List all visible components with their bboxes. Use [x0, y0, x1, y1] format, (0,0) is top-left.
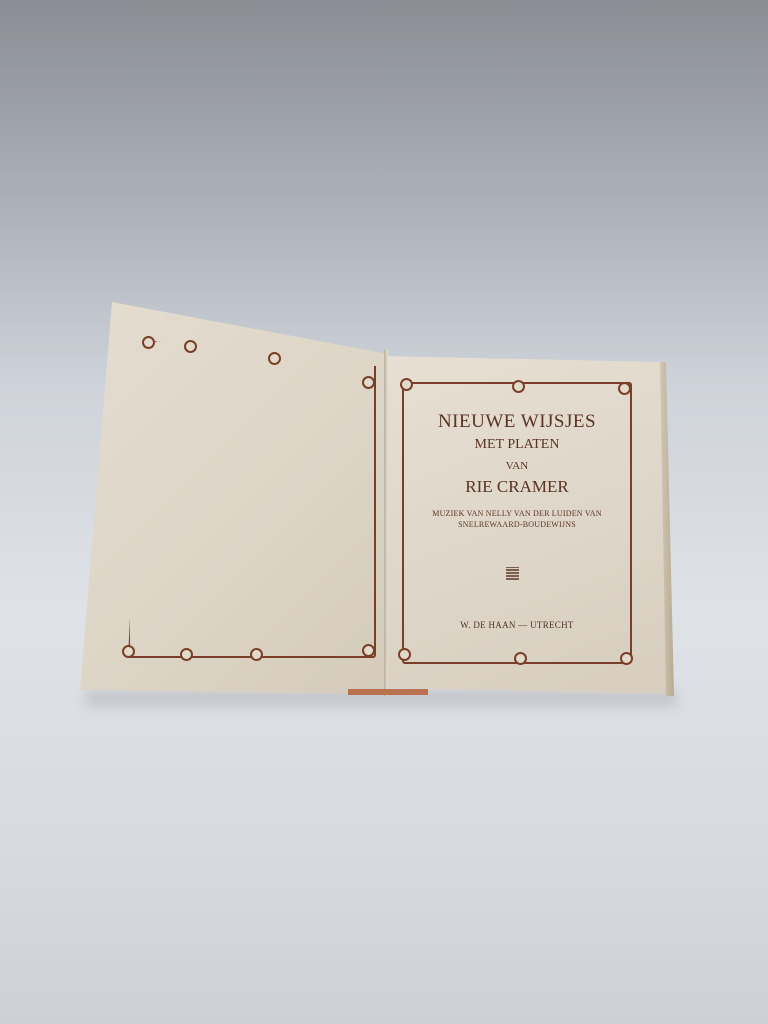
flower-ornament-icon [362, 644, 375, 657]
book-spine [384, 350, 388, 696]
flower-ornament-icon [180, 648, 193, 661]
flower-ornament-icon [122, 645, 135, 658]
flower-ornament-icon [512, 380, 525, 393]
flower-ornament-icon [618, 382, 631, 395]
flower-ornament-icon [400, 378, 413, 391]
flower-ornament-icon [250, 648, 263, 661]
spine-cloth [348, 689, 428, 695]
flower-ornament-icon [514, 652, 527, 665]
flower-ornament-icon [184, 340, 197, 353]
by-line: VAN [402, 458, 632, 474]
author-name: RIE CRAMER [402, 476, 632, 498]
open-book: NIEUWE WIJSJES MET PLATEN VAN RIE CRAMER… [0, 0, 768, 1024]
publisher: W. DE HAAN — UTRECHT [402, 620, 632, 630]
book-subtitle: MET PLATEN [402, 436, 632, 454]
flower-ornament-icon [142, 336, 155, 349]
square-ornament-icon [506, 567, 519, 580]
flower-ornament-icon [620, 652, 633, 665]
title-block: NIEUWE WIJSJES MET PLATEN VAN RIE CRAMER… [402, 410, 632, 530]
book-title: NIEUWE WIJSJES [402, 410, 632, 434]
flower-ornament-icon [268, 352, 281, 365]
flower-ornament-icon [398, 648, 411, 661]
flower-ornament-icon [362, 376, 375, 389]
music-credit: MUZIEK VAN NELLY VAN DER LUIDEN VAN SNEL… [402, 508, 632, 530]
left-page-floral-border [128, 340, 376, 658]
